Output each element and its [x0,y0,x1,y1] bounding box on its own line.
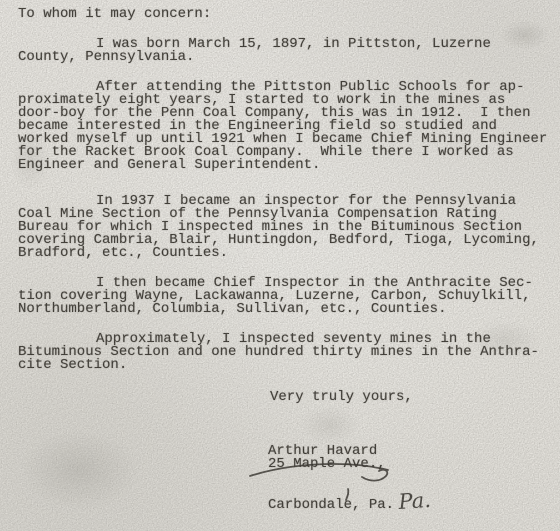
letter-body: To whom it may concern: I was born March… [18,8,550,512]
signature-address: 25 Maple Ave., [268,458,550,471]
signature-block: Arthur Havard 25 Maple Ave., Carbondale,… [268,445,550,512]
letter-line: Bradford, etc., Counties. [18,247,550,260]
paragraph-schooling-career: After attending the Pittston Public Scho… [18,81,550,172]
scanned-letter-page: To whom it may concern: I was born March… [0,0,560,531]
letter-line: Northumberland, Columbia, Sullivan, etc.… [18,303,550,316]
signature-city: Carbondale, Pa. [268,499,550,512]
salutation: To whom it may concern: [18,8,550,21]
paragraph-inspector-1937: In 1937 I became an inspector for the Pe… [18,195,550,260]
letter-line: County, Pennsylvania. [18,51,550,64]
paragraph-birth: I was born March 15, 1897, in Pittston, … [18,38,550,64]
paragraph-chief-inspector: I then became Chief Inspector in the Ant… [18,277,550,316]
paragraph-mine-totals: Approximately, I inspected seventy mines… [18,333,550,372]
letter-line: Engineer and General Superintendent. [18,159,550,172]
letter-line: cite Section. [18,359,550,372]
closing-phrase: Very truly yours, [270,391,550,404]
